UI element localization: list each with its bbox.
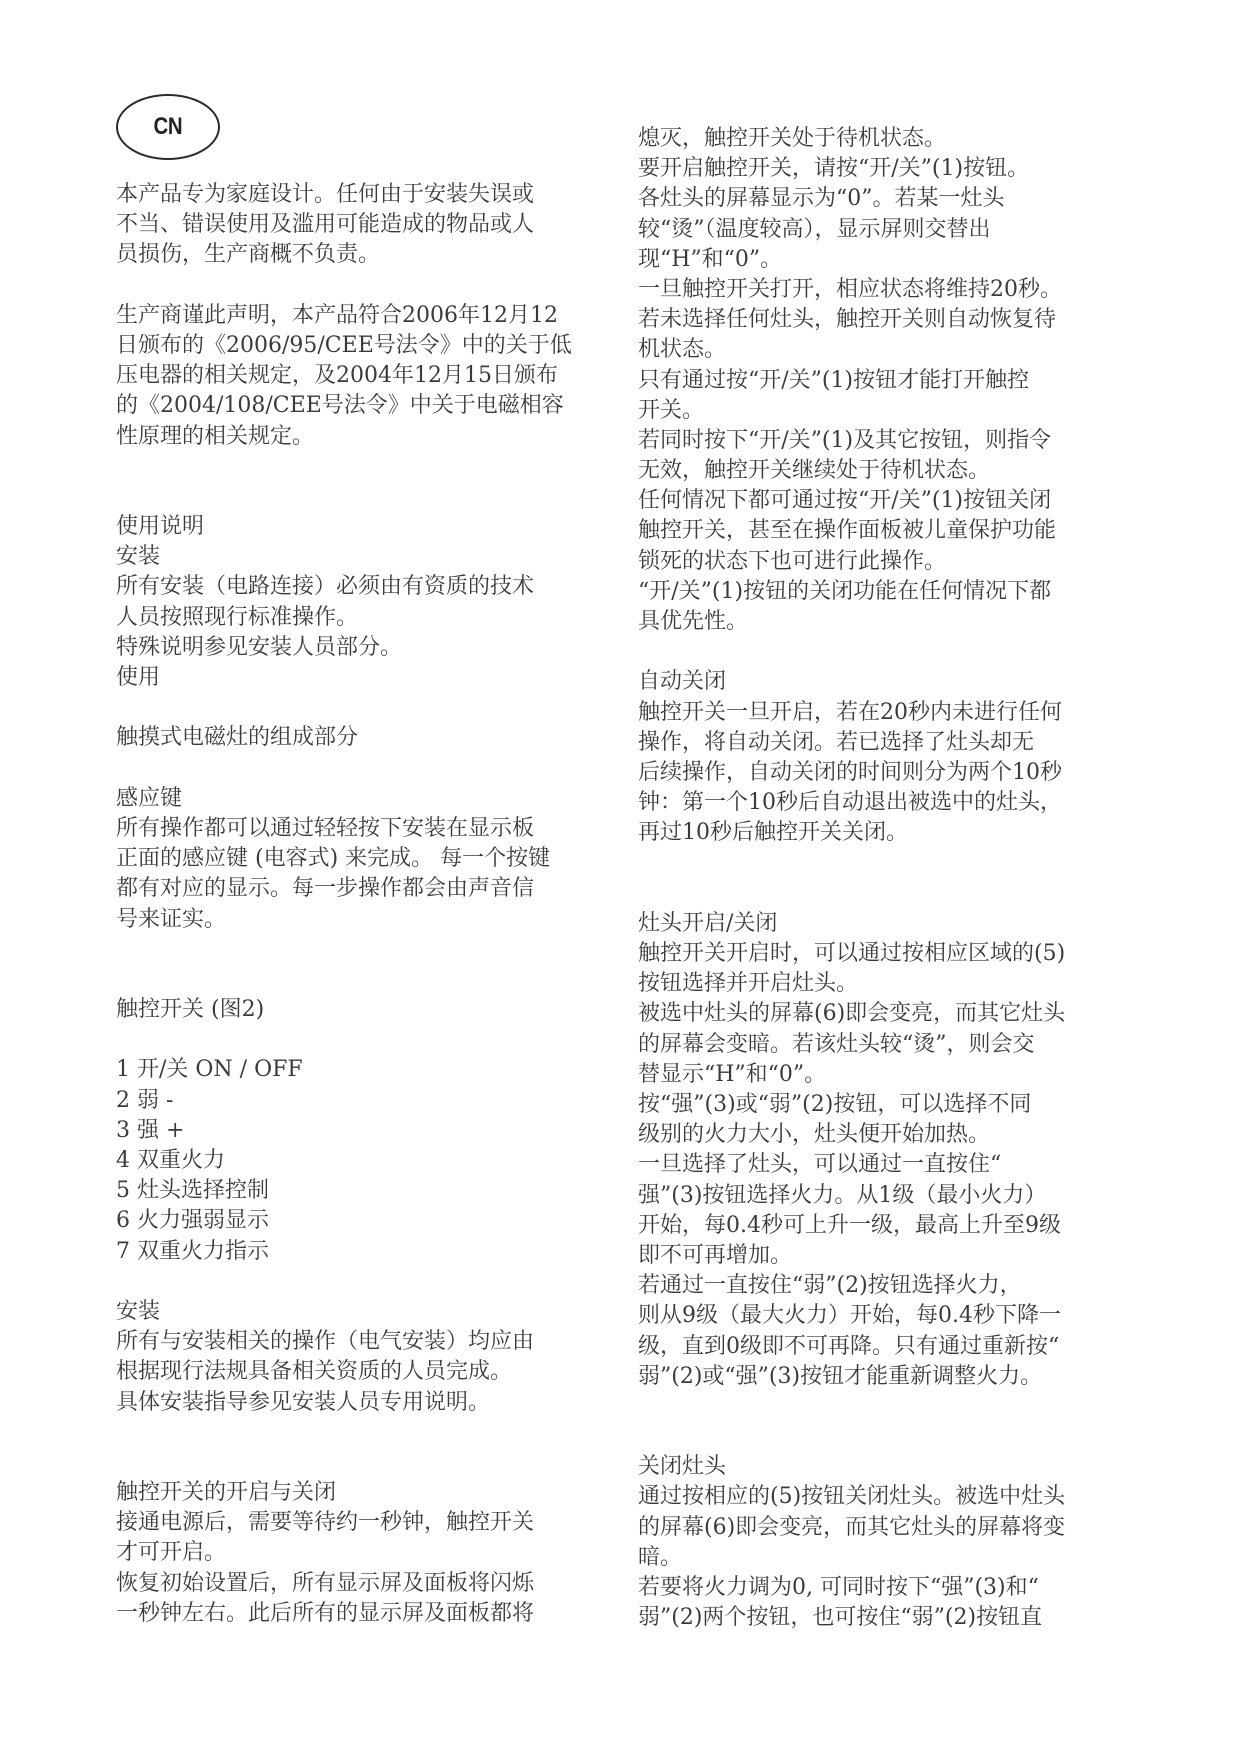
text-line: 开关。 [638,396,1138,426]
list-item: 1 开/关 ON / OFF [116,1055,616,1085]
text-line: 再过10秒后触控开关关闭。 [638,818,1138,848]
text-line: 触控开关开启时，可以通过按相应区域的(5) [638,939,1138,969]
spacer [116,1267,616,1297]
list-item: 3 强 + [116,1116,616,1146]
paragraph: 生产商谨此声明，本产品符合2006年12月12日颁布的《2006/95/CEE号… [116,301,616,452]
text-line: 一秒钟左右。此后所有的显示屏及面板都将 [116,1599,616,1629]
list-item: 4 双重火力 [116,1146,616,1176]
text-line: 自动关闭 [638,667,1138,697]
paragraph: 本产品专为家庭设计。任何由于安装失误或不当、错误使用及滥用可能造成的物品或人员损… [116,180,616,271]
text-line: 通过按相应的(5)按钮关闭灶头。被选中灶头 [638,1482,1138,1512]
text-line: 一旦选择了灶头，可以通过一直按住“ [638,1150,1138,1180]
section-heading: 触摸式电磁灶的组成部分 [116,723,616,753]
text-line: 使用说明 [116,512,616,542]
text-line: 才可开启。 [116,1538,616,1568]
spacer [116,935,616,965]
text-line: 只有通过按“开/关”(1)按钮才能打开触控 [638,366,1138,396]
section-heading: 使用 [116,663,616,693]
text-line: 若通过一直按住“弱”(2)按钮选择火力， [638,1271,1138,1301]
text-line: 则从9级（最大火力）开始，每0.4秒下降一 [638,1301,1138,1331]
text-line: 钟：第一个10秒后自动退出被选中的灶头， [638,788,1138,818]
text-line: 使用 [116,663,616,693]
list-item: 2 弱 - [116,1086,616,1116]
text-line: 即不可再增加。 [638,1241,1138,1271]
spacer [638,1422,1138,1452]
section-heading: 触控开关的开启与关闭 [116,1478,616,1508]
text-line: 特殊说明参见安装人员部分。 [116,633,616,663]
text-line: 开始，每0.4秒可上升一级，最高上升至9级 [638,1211,1138,1241]
text-line: 较“烫”（温度较高），显示屏则交替出 [638,215,1138,245]
country-code-logo: CN [116,94,220,160]
section-heading: 触控开关 (图2) [116,995,616,1025]
paragraph: 通过按相应的(5)按钮关闭灶头。被选中灶头的屏幕(6)即会变亮，而其它灶头的屏幕… [638,1482,1138,1633]
text-line: 被选中灶头的屏幕(6)即会变亮，而其它灶头 [638,999,1138,1029]
paragraph: 所有安装（电路连接）必须由有资质的技术人员按照现行标准操作。特殊说明参见安装人员… [116,572,616,663]
text-line: 生产商谨此声明，本产品符合2006年12月12 [116,301,616,331]
text-line: 接通电源后，需要等待约一秒钟，触控开关 [116,1508,616,1538]
text-line: 的屏幕(6)即会变亮，而其它灶头的屏幕将变 [638,1513,1138,1543]
text-line: 触控开关 (图2) [116,995,616,1025]
section-heading: 关闭灶头 [638,1452,1138,1482]
right-column: 熄灭，触控开关处于待机状态。要开启触控开关，请按“开/关”(1)按钮。各灶头的屏… [638,124,1138,1633]
section-heading: 使用说明安装 [116,512,616,572]
text-line: 一旦触控开关打开，相应状态将维持20秒。 [638,275,1138,305]
text-line: 根据现行法规具备相关资质的人员完成。 [116,1357,616,1387]
spacer [638,849,1138,879]
text-line: 安装 [116,542,616,572]
text-line: 强”(3)按钮选择火力。从1级（最小火力） [638,1181,1138,1211]
text-line: 无效，触控开关继续处于待机状态。 [638,456,1138,486]
text-line: 触控开关一旦开启，若在20秒内未进行任何 [638,698,1138,728]
text-line: 级，直到0级即不可再降。只有通过重新按“ [638,1332,1138,1362]
list-item: 7 双重火力指示 [116,1237,616,1267]
section-heading: 安装 [116,1297,616,1327]
text-line: 触摸式电磁灶的组成部分 [116,723,616,753]
spacer [638,637,1138,667]
section-heading: 感应键 [116,784,616,814]
text-line: 所有安装（电路连接）必须由有资质的技术 [116,572,616,602]
text-line: 机状态。 [638,335,1138,365]
spacer [116,693,616,723]
text-line: 性原理的相关规定。 [116,422,616,452]
text-line: 号来证实。 [116,905,616,935]
text-line: 操作，将自动关闭。若已选择了灶头却无 [638,728,1138,758]
text-line: 正面的感应键 (电容式) 来完成。 每一个按键 [116,844,616,874]
text-line: 恢复初始设置后，所有显示屏及面板将闪烁 [116,1569,616,1599]
text-line: 替显示“H”和“0”。 [638,1060,1138,1090]
section-heading: 自动关闭 [638,667,1138,697]
text-line: 具体安装指导参见安装人员专用说明。 [116,1388,616,1418]
spacer [116,965,616,995]
left-column: 本产品专为家庭设计。任何由于安装失误或不当、错误使用及滥用可能造成的物品或人员损… [116,180,616,1629]
text-line: 若未选择任何灶头，触控开关则自动恢复待 [638,305,1138,335]
list-item: 6 火力强弱显示 [116,1206,616,1236]
text-line: 都有对应的显示。每一步操作都会由声音信 [116,874,616,904]
text-line: 日颁布的《2006/95/CEE号法令》中的关于低 [116,331,616,361]
text-line: 所有与安装相关的操作（电气安装）均应由 [116,1327,616,1357]
text-line: 安装 [116,1297,616,1327]
text-line: 灶头开启/关闭 [638,909,1138,939]
paragraph: 接通电源后，需要等待约一秒钟，触控开关才可开启。恢复初始设置后，所有显示屏及面板… [116,1508,616,1629]
spacer [116,452,616,482]
text-line: 锁死的状态下也可进行此操作。 [638,547,1138,577]
text-line: 压电器的相关规定，及2004年12月15日颁布 [116,361,616,391]
text-line: 若同时按下“开/关”(1)及其它按钮，则指令 [638,426,1138,456]
text-line: 关闭灶头 [638,1452,1138,1482]
text-line: 触控开关的开启与关闭 [116,1478,616,1508]
text-line: 现“H”和“0”。 [638,245,1138,275]
text-line: 若要将火力调为0, 可同时按下“强”(3)和“ [638,1573,1138,1603]
text-line: 后续操作，自动关闭的时间则分为两个10秒 [638,758,1138,788]
text-line: 人员按照现行标准操作。 [116,603,616,633]
paragraph: 熄灭，触控开关处于待机状态。要开启触控开关，请按“开/关”(1)按钮。各灶头的屏… [638,124,1138,637]
spacer [116,1448,616,1478]
text-line: 熄灭，触控开关处于待机状态。 [638,124,1138,154]
text-line: 各灶头的屏幕显示为“0”。若某一灶头 [638,184,1138,214]
text-line: 暗。 [638,1543,1138,1573]
text-line: 的《2004/108/CEE号法令》中关于电磁相容 [116,391,616,421]
paragraph: 触控开关一旦开启，若在20秒内未进行任何操作，将自动关闭。若已选择了灶头却无后续… [638,698,1138,849]
list-item: 5 灶头选择控制 [116,1176,616,1206]
country-code-label: CN [154,113,183,141]
text-line: 按钮选择并开启灶头。 [638,969,1138,999]
text-line: 具优先性。 [638,607,1138,637]
text-line: 按“强”(3)或“弱”(2)按钮，可以选择不同 [638,1090,1138,1120]
section-heading: 灶头开启/关闭 [638,909,1138,939]
text-line: 不当、错误使用及滥用可能造成的物品或人 [116,210,616,240]
spacer [638,879,1138,909]
text-line: 弱”(2)两个按钮，也可按住“弱”(2)按钮直 [638,1603,1138,1633]
text-line: 弱”(2)或“强”(3)按钮才能重新调整火力。 [638,1362,1138,1392]
spacer [116,1025,616,1055]
spacer [116,271,616,301]
text-line: 的屏幕会变暗。若该灶头较“烫”，则会交 [638,1030,1138,1060]
text-line: 级别的火力大小，灶头便开始加热。 [638,1120,1138,1150]
text-line: 任何情况下都可通过按“开/关”(1)按钮关闭 [638,486,1138,516]
text-line: 感应键 [116,784,616,814]
spacer [638,1392,1138,1422]
text-line: 员损伤，生产商概不负责。 [116,240,616,270]
spacer [116,1418,616,1448]
text-line: 要开启触控开关，请按“开/关”(1)按钮。 [638,154,1138,184]
paragraph: 所有操作都可以通过轻轻按下安装在显示板正面的感应键 (电容式) 来完成。 每一个… [116,814,616,935]
control-list: 1 开/关 ON / OFF2 弱 -3 强 +4 双重火力5 灶头选择控制6 … [116,1055,616,1266]
spacer [116,482,616,512]
text-line: “开/关”(1)按钮的关闭功能在任何情况下都 [638,577,1138,607]
paragraph: 所有与安装相关的操作（电气安装）均应由根据现行法规具备相关资质的人员完成。具体安… [116,1327,616,1418]
paragraph: 触控开关开启时，可以通过按相应区域的(5)按钮选择并开启灶头。被选中灶头的屏幕(… [638,939,1138,1392]
spacer [116,754,616,784]
text-line: 本产品专为家庭设计。任何由于安装失误或 [116,180,616,210]
text-line: 触控开关，甚至在操作面板被儿童保护功能 [638,516,1138,546]
text-line: 所有操作都可以通过轻轻按下安装在显示板 [116,814,616,844]
